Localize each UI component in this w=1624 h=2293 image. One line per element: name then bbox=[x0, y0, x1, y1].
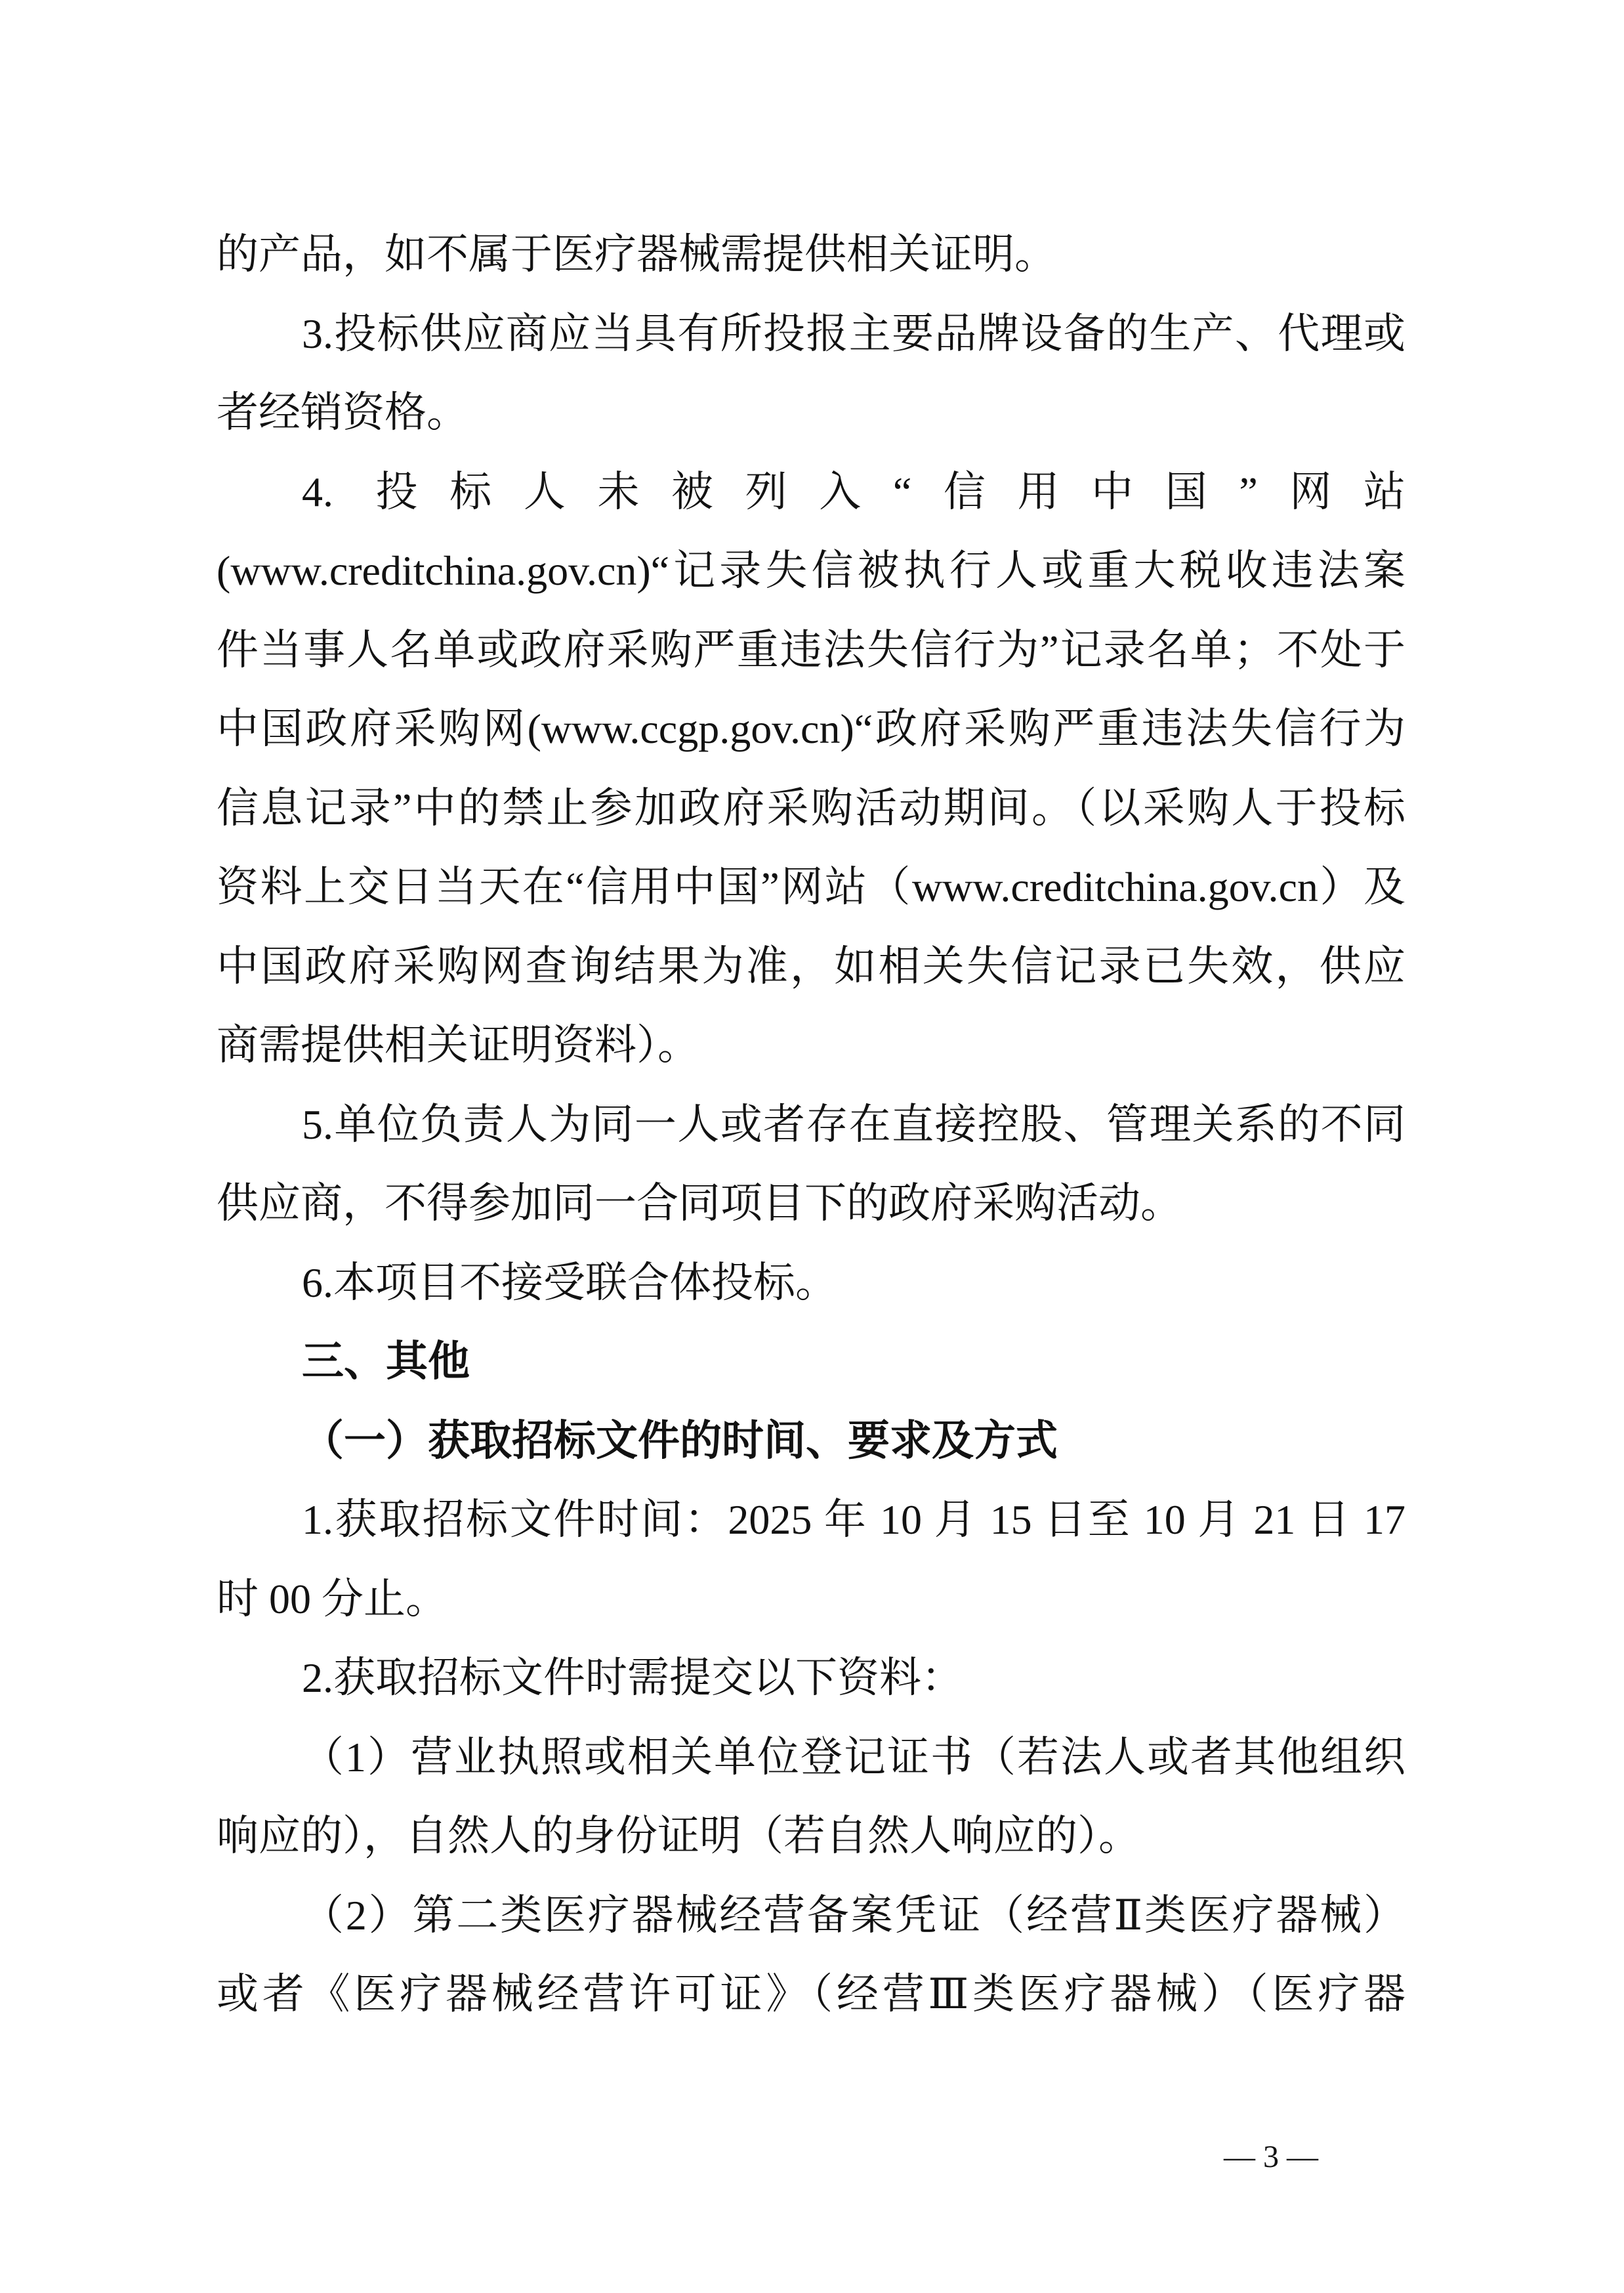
text-line-16: （一）获取招标文件的时间、要求及方式 bbox=[217, 1402, 1405, 1481]
text-line-14: 6.本项目不接受联合体投标。 bbox=[217, 1244, 1405, 1323]
text-line-13: 供应商，不得参加同一合同项目下的政府采购活动。 bbox=[217, 1164, 1405, 1244]
text-line-21: 响应的），自然人的身份证明（若自然人响应的）。 bbox=[217, 1797, 1405, 1876]
text-line-23: 或者《医疗器械经营许可证》（经营Ⅲ类医疗器械）（医疗器 bbox=[217, 1955, 1405, 2034]
text-line-10: 中国政府采购网查询结果为准，如相关失信记录已失效，供应 bbox=[217, 927, 1405, 1007]
page-number: — 3 — bbox=[1189, 2137, 1353, 2177]
text-line-2: 3.投标供应商应当具有所投报主要品牌设备的生产、代理或 bbox=[217, 295, 1405, 374]
text-line-6: 件当事人名单或政府采购严重违法失信行为”记录名单；不处于 bbox=[217, 611, 1405, 690]
text-line-22: （2）第二类医疗器械经营备案凭证（经营Ⅱ类医疗器械） bbox=[217, 1876, 1405, 1956]
text-line-18: 时 00 分止。 bbox=[217, 1560, 1405, 1639]
text-line-12: 5.单位负责人为同一人或者存在直接控股、管理关系的不同 bbox=[217, 1085, 1405, 1165]
text-line-4: 4. 投标人未被列入“信用中国”网站 bbox=[217, 453, 1405, 532]
text-line-3: 者经销资格。 bbox=[217, 373, 1405, 453]
text-block: 的产品，如不属于医疗器械需提供相关证明。3.投标供应商应当具有所投报主要品牌设备… bbox=[217, 215, 1405, 2034]
text-line-1: 的产品，如不属于医疗器械需提供相关证明。 bbox=[217, 215, 1405, 295]
text-line-17: 1.获取招标文件时间：2025 年 10 月 15 日至 10 月 21 日 1… bbox=[217, 1481, 1405, 1560]
text-line-20: （1）营业执照或相关单位登记证书（若法人或者其他组织 bbox=[217, 1718, 1405, 1798]
document-page: 的产品，如不属于医疗器械需提供相关证明。3.投标供应商应当具有所投报主要品牌设备… bbox=[0, 0, 1624, 2293]
text-line-8: 信息记录”中的禁止参加政府采购活动期间。（以采购人于投标 bbox=[217, 769, 1405, 849]
text-line-9: 资料上交日当天在“信用中国”网站（www.creditchina.gov.cn）… bbox=[217, 848, 1405, 927]
text-line-15: 三、其他 bbox=[217, 1322, 1405, 1402]
text-line-19: 2.获取招标文件时需提交以下资料： bbox=[217, 1639, 1405, 1718]
text-line-11: 商需提供相关证明资料）。 bbox=[217, 1006, 1405, 1085]
text-line-5: (www.creditchina.gov.cn)“记录失信被执行人或重大税收违法… bbox=[217, 532, 1405, 611]
text-line-7: 中国政府采购网(www.ccgp.gov.cn)“政府采购严重违法失信行为 bbox=[217, 690, 1405, 769]
